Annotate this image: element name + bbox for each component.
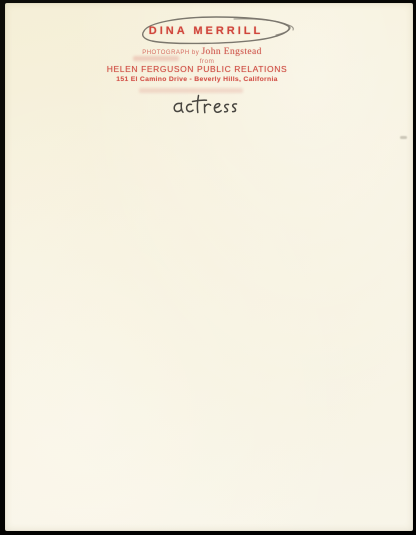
agency-stamp: HELEN FERGUSON PUBLIC RELATIONS (107, 65, 287, 74)
stamp-ghost-mark (139, 88, 243, 93)
photographer-credit: PHOTOGRAPH by John Engstead (142, 48, 262, 58)
photo-back-scan: DINA MERRILL PHOTOGRAPH by John Engstead… (0, 0, 416, 535)
name-stamp: DINA MERRILL (149, 26, 263, 37)
paper-speck (400, 136, 407, 139)
handwritten-annotation (172, 94, 252, 120)
photographer-name: John Engstead (201, 47, 261, 57)
handwritten-annotation-text: actress (5, 3, 6, 4)
photo-back-paper: DINA MERRILL PHOTOGRAPH by John Engstead… (5, 3, 413, 531)
credit-prefix: PHOTOGRAPH by (142, 50, 199, 56)
agency-address-stamp: 151 El Camino Drive - Beverly Hills, Cal… (116, 77, 277, 84)
